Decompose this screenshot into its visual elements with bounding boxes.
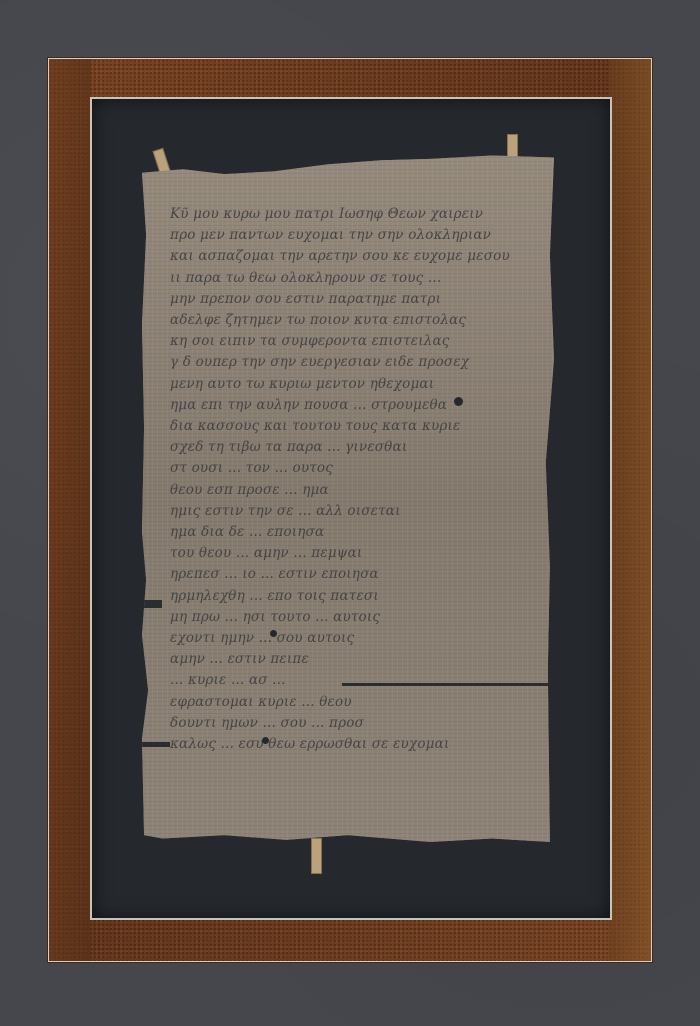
script-line: θεου εσπ προσε ... ημα <box>170 480 540 501</box>
frame-left-side <box>49 59 91 961</box>
script-line: στ ουσι ... τον ... ουτος <box>170 458 540 479</box>
script-line: εχοντι ημην ... σου αυτοις <box>170 628 540 649</box>
papyrus-hole <box>454 397 463 406</box>
mounting-strip-top-right <box>507 134 518 158</box>
papyrus-hole <box>262 737 269 744</box>
papyrus-crack <box>142 742 170 747</box>
script-line: και ασπαζομαι την αρετην σου κε ευχομε μ… <box>170 246 540 267</box>
script-line: ιι παρα τω θεω ολοκληρουν σε τους ... <box>170 268 540 289</box>
script-line: σχεδ τη τιβω τα παρα ... γινεσθαι <box>170 437 540 458</box>
script-line: μην πρεπον σου εστιν παρατημε πατρι <box>170 289 540 310</box>
script-line: ημα επι την αυλην πουσα ... στρουμεθα <box>170 395 540 416</box>
script-line: ηρμηλεχθη ... επο τοις πατεσι <box>170 586 540 607</box>
papyrus-crack <box>142 600 162 608</box>
script-line: εφραστομαι κυριε ... θεου <box>170 692 540 713</box>
mounting-strip-bottom <box>311 838 322 874</box>
papyrus-text: Κῦ μου κυρω μου πατρι Ιωσηφ Θεων χαιρειν… <box>170 204 540 755</box>
script-line: καλως ... εσυ θεω ερρωσθαι σε ευχομαι <box>170 734 540 755</box>
script-line: του θεου ... αμην ... πεμψαι <box>170 543 540 564</box>
frame-right-side <box>609 59 651 961</box>
script-line: ηρεπεσ ... ιο ... εστιν εποιησα <box>170 564 540 585</box>
script-line: ημα δια δε ... εποιησα <box>170 522 540 543</box>
script-line: Κῦ μου κυρω μου πατρι Ιωσηφ Θεων χαιρειν <box>170 204 540 225</box>
script-line: δουντι ημων ... σου ... προσ <box>170 713 540 734</box>
papyrus-fragment: Κῦ μου κυρω μου πατρι Ιωσηφ Θεων χαιρειν… <box>142 152 554 842</box>
script-line: αμην ... εστιν πειπε <box>170 649 540 670</box>
script-line: ημις εστιν την σε ... αλλ οισεται <box>170 501 540 522</box>
script-line: μη πρω ... ησι τουτο ... αυτοις <box>170 607 540 628</box>
script-line: γ δ ουπερ την σην ευεργεσιαν ειδε προσεχ <box>170 352 540 373</box>
script-line: κη σοι ειπιν τα συμφεροντα επιστειλας <box>170 331 540 352</box>
script-line: δια κασσους και τουτου τους κατα κυριε <box>170 416 540 437</box>
script-line: μενη αυτο τω κυριω μεντον ηθεχομαι <box>170 374 540 395</box>
script-line: προ μεν παντων ευχομαι την σην ολοκληρια… <box>170 225 540 246</box>
script-line: αδελφε ζητημεν τω ποιον κυτα επιστολας <box>170 310 540 331</box>
papyrus-hole <box>270 630 277 637</box>
papyrus-crack <box>342 683 552 686</box>
script-line: ... κυριε ... ασ ... <box>170 670 540 691</box>
